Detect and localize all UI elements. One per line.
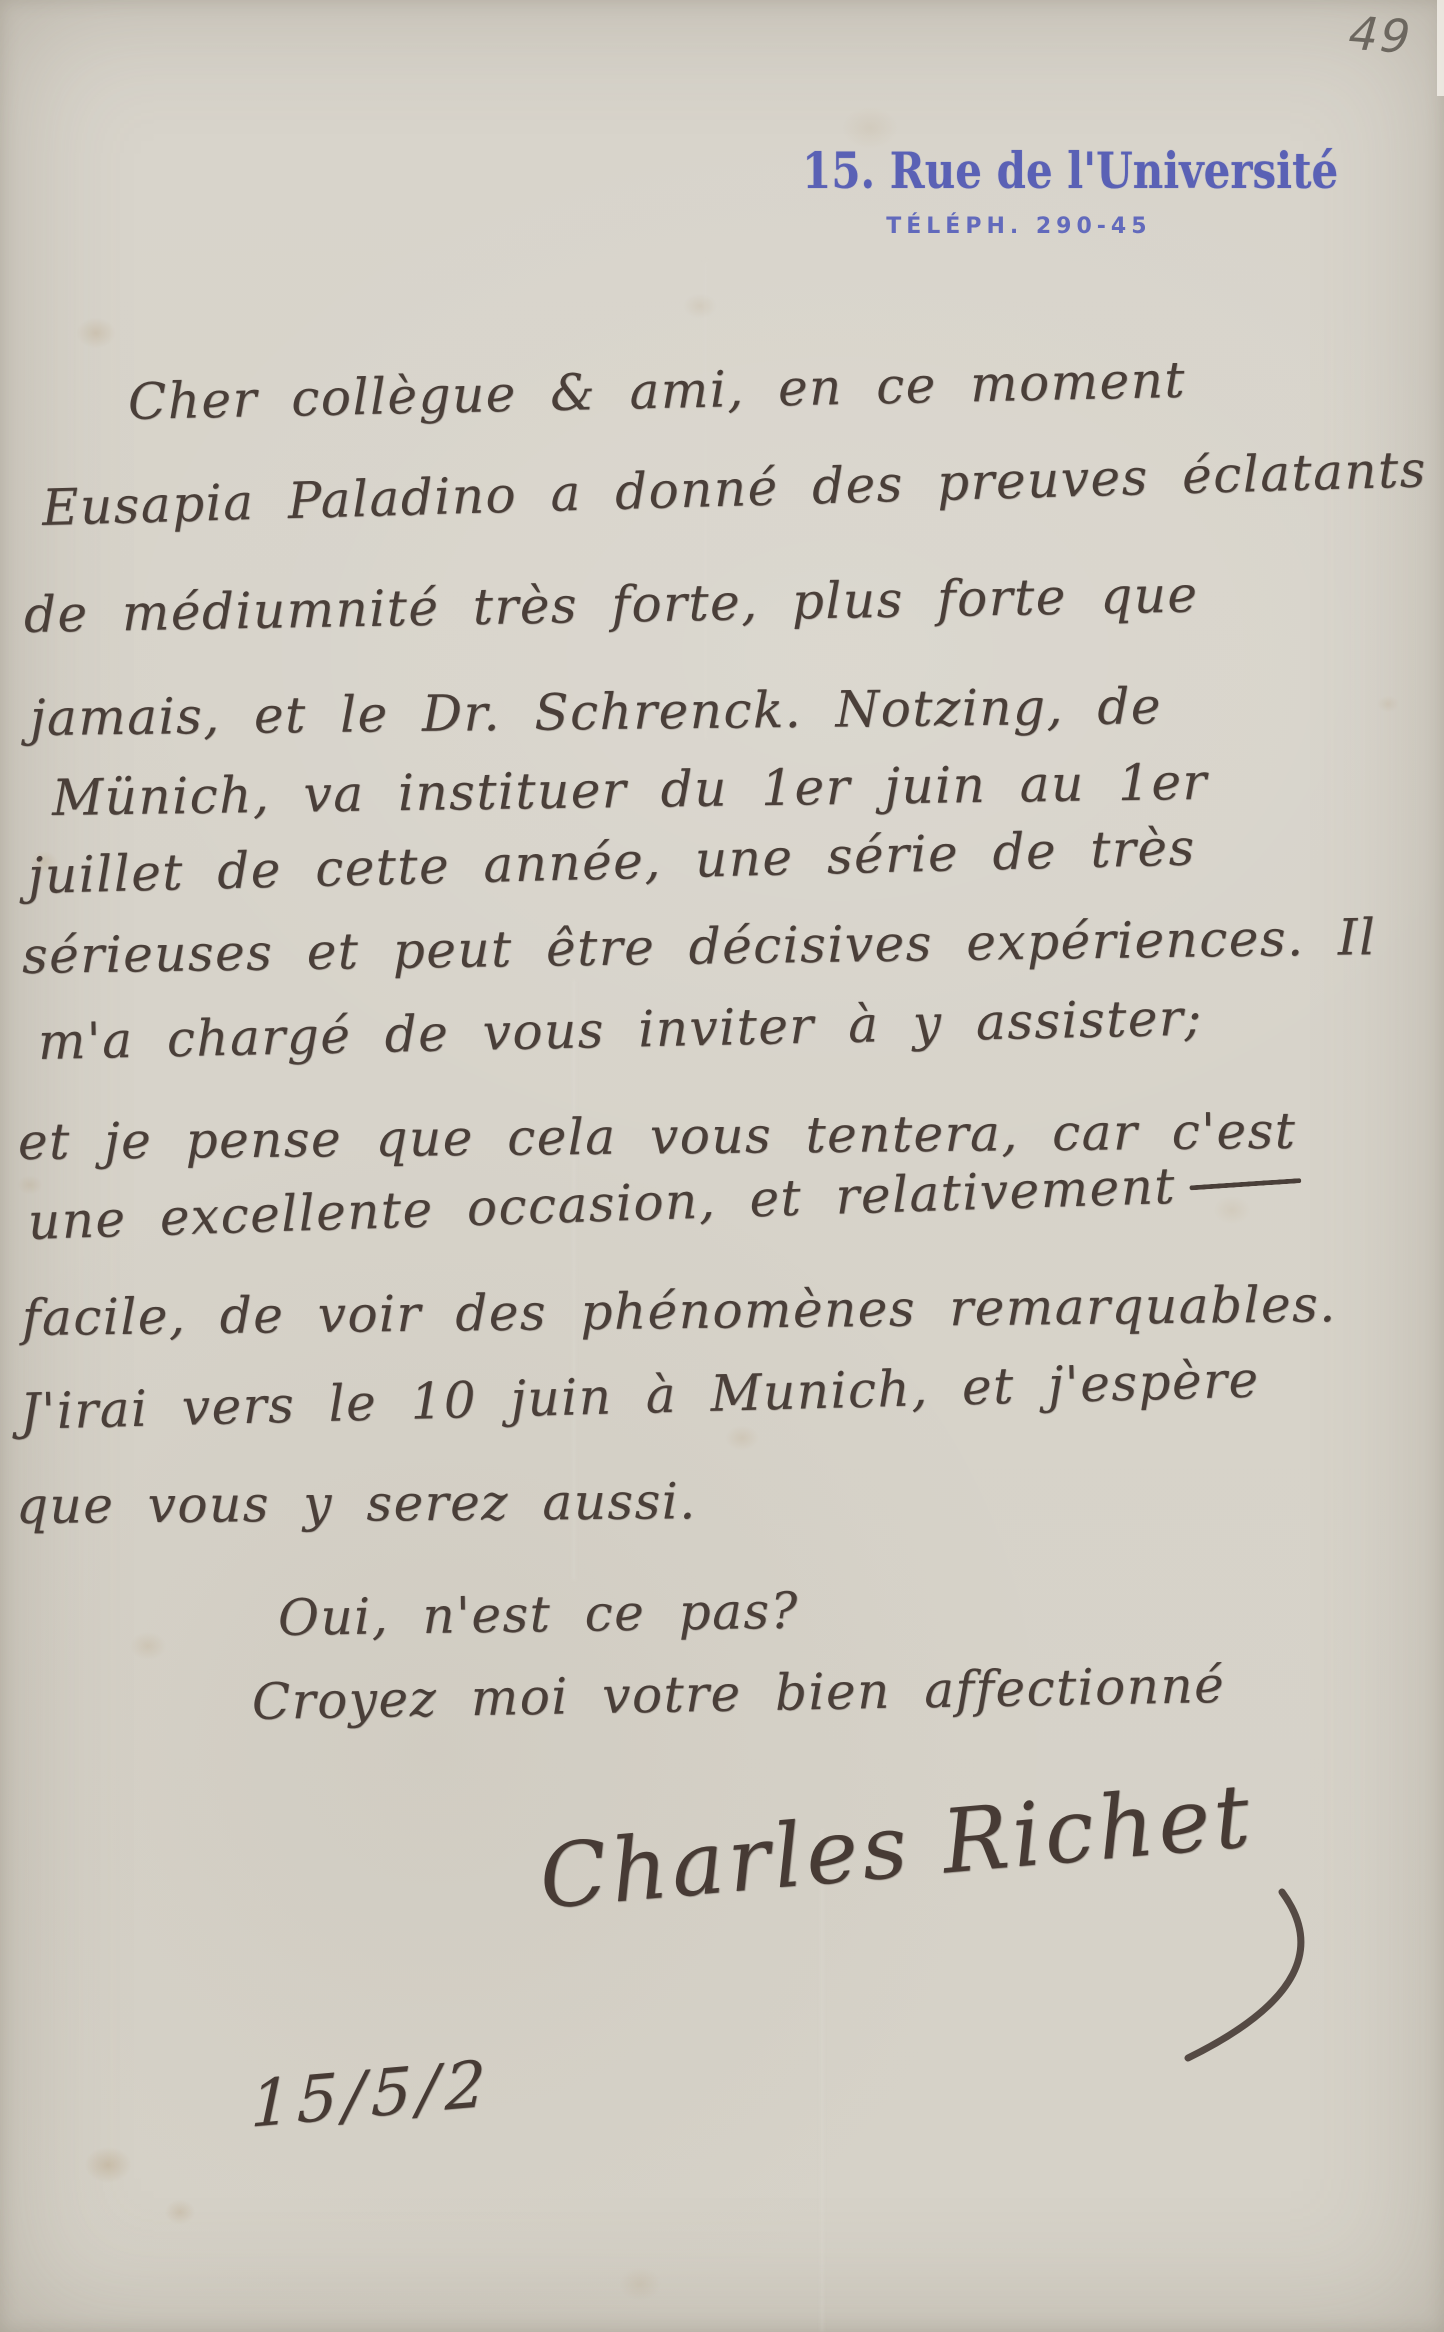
letter-page: 49 15. Rue de l'Université TÉLÉPH. 290-4… xyxy=(0,0,1444,2332)
letterhead-address: 15. Rue de l'Université xyxy=(802,146,1338,196)
signature: Charles Richet xyxy=(536,1764,1258,1929)
handwritten-line: Oui, n'est ce pas? xyxy=(278,1581,800,1648)
handwritten-line: Münich, va instituer du 1er juin au 1er xyxy=(52,752,1209,828)
date: 15/5/2 xyxy=(250,2047,492,2142)
handwritten-line: Croyez moi votre bien affectionné xyxy=(251,1655,1225,1732)
handwritten-line: juillet de cette année, une série de trè… xyxy=(27,817,1196,906)
handwritten-line: de médiumnité très forte, plus forte que xyxy=(23,565,1199,645)
handwritten-line: sérieuses et peut être décisives expérie… xyxy=(22,907,1377,986)
handwritten-line: Eusapia Paladino a donné des preuves écl… xyxy=(41,439,1427,538)
handwritten-line: facile, de voir des phénomènes remarquab… xyxy=(22,1274,1337,1348)
letterhead: 15. Rue de l'Université TÉLÉPH. 290-45 xyxy=(700,146,1338,239)
page-number: 49 xyxy=(1342,6,1420,63)
handwritten-line: m'a chargé de vous inviter à y assister; xyxy=(37,988,1203,1072)
handwritten-line: que vous y serez aussi. xyxy=(16,1471,697,1536)
handwritten-line: J'irai vers le 10 juin à Munich, et j'es… xyxy=(19,1350,1260,1442)
letterhead-telephone: TÉLÉPH. 290-45 xyxy=(700,214,1338,239)
fold-crease xyxy=(820,1830,824,2332)
handwritten-line: jamais, et le Dr. Schrenck. Notzing, de xyxy=(30,676,1162,748)
handwritten-line: Cher collègue & ami, en ce moment xyxy=(127,350,1186,432)
scan-edge xyxy=(1437,0,1444,96)
